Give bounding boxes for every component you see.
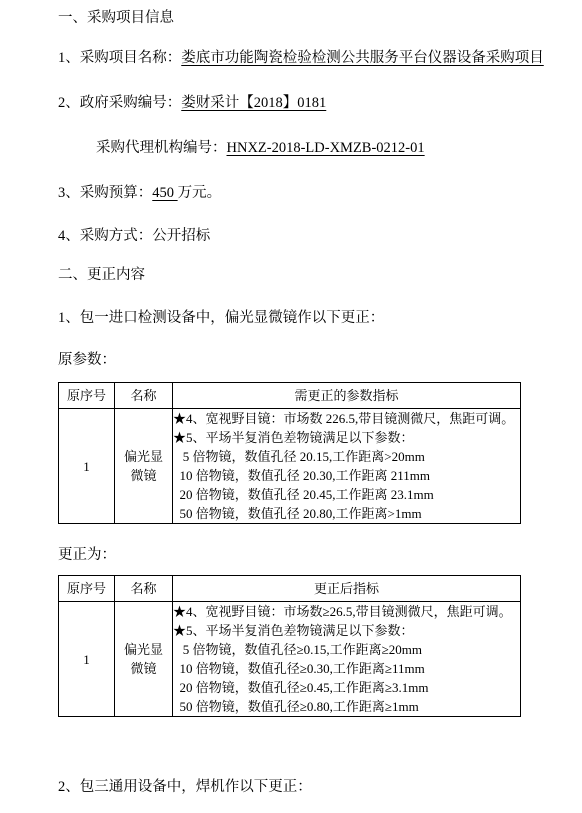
budget-value: 450: [152, 185, 177, 201]
original-params-label: 原参数：: [58, 350, 578, 370]
gov-number-label: 2、政府采购编号：: [58, 95, 181, 111]
correction-1-intro: 1、包一进口检测设备中，偏光显微镜作以下更正：: [58, 308, 578, 328]
original-row-seq: 1: [59, 409, 115, 524]
original-row-name-text: 偏光显微镜: [123, 447, 165, 485]
section-2-title: 二、更正内容: [58, 265, 578, 285]
method-value: 公开招标: [152, 228, 210, 244]
spec-line: 5 倍物镜，数值孔径 20.15,工作距离>20mm: [173, 447, 520, 466]
project-name-line: 1、采购项目名称：娄底市功能陶瓷检验检测公共服务平台仪器设备采购项目: [58, 48, 578, 68]
gov-number-line: 2、政府采购编号：娄财采计【2018】0181: [58, 93, 578, 113]
original-row-specs: ★4、宽视野目镜：市场数 226.5,带目镜测微尺，焦距可调。 ★5、平场半复消…: [173, 409, 521, 524]
corrected-row-specs: ★4、宽视野目镜：市场数≥26.5,带目镜测微尺，焦距可调。 ★5、平场半复消色…: [173, 602, 521, 717]
corrected-header-spec: 更正后指标: [173, 576, 521, 602]
original-params-table: 原序号 名称 需更正的参数指标 1 偏光显微镜 ★4、宽视野目镜：市场数 226…: [58, 382, 521, 524]
gov-number-value: 娄财采计【2018】0181: [181, 95, 326, 111]
table-row: 1 偏光显微镜 ★4、宽视野目镜：市场数≥26.5,带目镜测微尺，焦距可调。 ★…: [59, 602, 521, 717]
table-row: 1 偏光显微镜 ★4、宽视野目镜：市场数 226.5,带目镜测微尺，焦距可调。 …: [59, 409, 521, 524]
corrected-params-table: 原序号 名称 更正后指标 1 偏光显微镜 ★4、宽视野目镜：市场数≥26.5,带…: [58, 575, 521, 717]
project-name-value: 娄底市功能陶瓷检验检测公共服务平台仪器设备采购项目: [181, 50, 544, 66]
corrected-params-label: 更正为：: [58, 545, 578, 565]
agency-number-line: 采购代理机构编号：HNXZ-2018-LD-XMZB-0212-01: [58, 138, 578, 158]
budget-line: 3、采购预算：450 万元。: [58, 183, 578, 203]
original-header-spec: 需更正的参数指标: [173, 383, 521, 409]
budget-suffix: 万元。: [178, 185, 222, 201]
spec-line: 50 倍物镜，数值孔径 20.80,工作距离>1mm: [173, 504, 520, 523]
spec-line: 5 倍物镜，数值孔径≥0.15,工作距离≥20mm: [173, 640, 520, 659]
original-row-name: 偏光显微镜: [115, 409, 173, 524]
budget-label: 3、采购预算：: [58, 185, 152, 201]
document-page: 一、采购项目信息 1、采购项目名称：娄底市功能陶瓷检验检测公共服务平台仪器设备采…: [0, 0, 582, 797]
corrected-header-seq: 原序号: [59, 576, 115, 602]
spec-line: 10 倍物镜，数值孔径≥0.30,工作距离≥11mm: [173, 659, 520, 678]
corrected-table-header-row: 原序号 名称 更正后指标: [59, 576, 521, 602]
method-line: 4、采购方式：公开招标: [58, 226, 578, 246]
corrected-row-name: 偏光显微镜: [115, 602, 173, 717]
spec-line: ★4、宽视野目镜：市场数 226.5,带目镜测微尺，焦距可调。: [173, 409, 520, 428]
corrected-header-name: 名称: [115, 576, 173, 602]
agency-number-value: HNXZ-2018-LD-XMZB-0212-01: [227, 140, 425, 156]
spec-line: 20 倍物镜，数值孔径 20.45,工作距离 23.1mm: [173, 485, 520, 504]
spec-line: 50 倍物镜，数值孔径≥0.80,工作距离≥1mm: [173, 697, 520, 716]
method-label: 4、采购方式：: [58, 228, 152, 244]
original-header-name: 名称: [115, 383, 173, 409]
agency-number-label: 采购代理机构编号：: [96, 140, 227, 156]
correction-2-intro: 2、包三通用设备中，焊机作以下更正：: [58, 777, 578, 797]
corrected-row-name-text: 偏光显微镜: [123, 640, 165, 678]
original-header-seq: 原序号: [59, 383, 115, 409]
project-name-label: 1、采购项目名称：: [58, 50, 181, 66]
spec-line: 10 倍物镜，数值孔径 20.30,工作距离 211mm: [173, 466, 520, 485]
section-1-title: 一、采购项目信息: [58, 8, 578, 28]
spec-line: ★5、平场半复消色差物镜满足以下参数：: [173, 428, 520, 447]
spec-line: 20 倍物镜，数值孔径≥0.45,工作距离≥3.1mm: [173, 678, 520, 697]
spec-line: ★5、平场半复消色差物镜满足以下参数：: [173, 621, 520, 640]
corrected-row-seq: 1: [59, 602, 115, 717]
spec-line: ★4、宽视野目镜：市场数≥26.5,带目镜测微尺，焦距可调。: [173, 602, 520, 621]
original-table-header-row: 原序号 名称 需更正的参数指标: [59, 383, 521, 409]
